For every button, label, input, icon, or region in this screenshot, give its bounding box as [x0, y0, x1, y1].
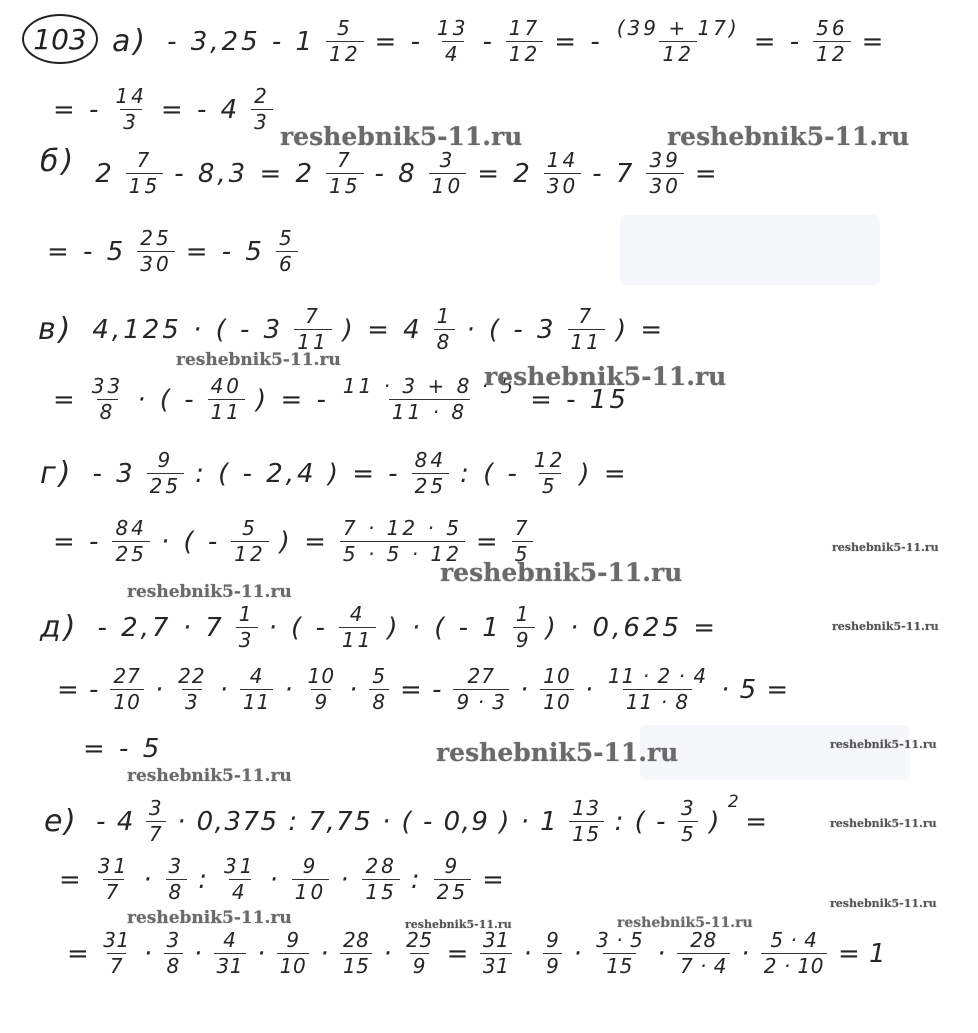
watermark: reshebnik5-11.ru	[667, 122, 909, 151]
exercise-number: 103	[33, 23, 86, 56]
expr-text: = - 5	[186, 237, 265, 267]
fraction: 13	[236, 604, 258, 651]
exercise-number-circled: 103	[22, 14, 98, 64]
expr-text: · ( -	[269, 613, 328, 643]
expr-text: = - 4	[161, 95, 240, 125]
fraction: 1712	[506, 18, 543, 65]
fraction: 5 · 42 · 10	[761, 930, 827, 977]
fraction: 37	[146, 798, 166, 845]
expr-text: ·	[155, 675, 164, 705]
expr-text: =	[476, 527, 501, 557]
expr-text: - 3	[92, 459, 135, 489]
expr-text: = -	[554, 27, 602, 57]
fraction: 8425	[412, 450, 449, 497]
fraction: 711	[568, 306, 605, 353]
expr-text: ·	[523, 939, 532, 969]
fraction: 8425	[112, 518, 149, 565]
expr-text: =	[695, 159, 720, 189]
fraction: 3 · 515	[593, 930, 646, 977]
expr-text: = -	[375, 27, 423, 57]
expr-text: ·	[349, 675, 358, 705]
watermark: reshebnik5-11.ru	[127, 908, 292, 928]
expr-text: - 7	[592, 159, 635, 189]
part-a-line-1: а) - 3,25 - 1 512 = - 134 - 1712 = - (39…	[112, 18, 891, 65]
expr-text: )	[709, 807, 721, 837]
fraction: 512	[326, 18, 363, 65]
watermark: reshebnik5-11.ru	[280, 122, 522, 151]
fraction: 35	[678, 798, 698, 845]
expr-text: = 2	[477, 159, 533, 189]
expr-text: - 8	[375, 159, 418, 189]
expr-text: ·	[383, 939, 392, 969]
expr-text: ) =	[579, 459, 628, 489]
fraction: 38	[166, 856, 188, 903]
fraction: 4011	[208, 376, 245, 423]
scan-smudge	[620, 215, 880, 285]
exponent: 2	[728, 792, 740, 812]
part-d-label: д)	[40, 610, 78, 645]
fraction: 287 · 4	[677, 930, 730, 977]
watermark: reshebnik5-11.ru	[830, 738, 937, 751]
expr-text: ·	[257, 939, 266, 969]
fraction: 711	[294, 306, 331, 353]
fraction: 314	[221, 856, 258, 903]
expr-text: : ( - 2,4 ) = -	[195, 459, 401, 489]
expr-text: ·	[520, 675, 529, 705]
fraction: 317	[95, 856, 132, 903]
fraction: 925	[147, 450, 184, 497]
expr-text: ) = -	[256, 385, 329, 415]
fraction: 2815	[362, 856, 399, 903]
watermark: reshebnik5-11.ru	[176, 350, 341, 370]
expr-text: - 2,7 · 7	[97, 613, 224, 643]
expr-text: =	[447, 939, 469, 969]
watermark: reshebnik5-11.ru	[405, 918, 512, 931]
expr-text: =	[67, 939, 89, 969]
fraction: 1010	[540, 666, 573, 713]
watermark: reshebnik5-11.ru	[832, 620, 939, 633]
part-b-label: б)	[40, 144, 76, 179]
part-e-line-3: = 317 · 38 · 431 · 910 · 2815 · 259 = 31…	[62, 930, 891, 977]
expr-text: ·	[143, 865, 154, 895]
part-d-line-1: д) - 2,7 · 7 13 · ( - 411 ) · ( - 1 19 )…	[40, 604, 723, 651]
fraction: 99	[543, 930, 562, 977]
expr-text: ) =	[280, 527, 329, 557]
part-a-line-2: = - 143 = - 4 23	[48, 86, 279, 133]
expr-text: ·	[741, 939, 750, 969]
expr-text: =	[482, 865, 507, 895]
fraction: 310	[429, 150, 466, 197]
fraction: (39 + 17)12	[614, 18, 743, 65]
fraction: 19	[513, 604, 535, 651]
expr-text: =	[53, 385, 78, 415]
watermark: reshebnik5-11.ru	[830, 817, 937, 830]
watermark: reshebnik5-11.ru	[832, 541, 939, 554]
expr-text: ·	[585, 675, 594, 705]
watermark: reshebnik5-11.ru	[127, 766, 292, 786]
fraction: 431	[214, 930, 246, 977]
fraction: 38	[164, 930, 183, 977]
watermark: reshebnik5-11.ru	[440, 558, 682, 587]
part-e-line-1: е) - 4 37 · 0,375 : 7,75 · ( - 0,9 ) · 1…	[44, 798, 774, 845]
expr-text: = 1	[838, 939, 886, 969]
expr-text: = -	[53, 527, 101, 557]
watermark: reshebnik5-11.ru	[436, 738, 678, 767]
expr-text: ) =	[616, 315, 665, 345]
fraction: 512	[231, 518, 268, 565]
expr-text: ·	[657, 939, 666, 969]
fraction: 2530	[137, 228, 174, 275]
fraction: 1430	[544, 150, 581, 197]
expr-text: ) · ( - 1	[387, 613, 502, 643]
expr-text: =	[862, 27, 887, 57]
expr-text: = -	[754, 27, 802, 57]
scan-smudge	[640, 725, 910, 780]
expr-text: ·	[144, 939, 153, 969]
expr-text: =	[59, 865, 84, 895]
expr-text: = -	[57, 675, 99, 705]
expr-text: :	[411, 865, 423, 895]
part-g-label: г)	[40, 456, 73, 491]
fraction: 2815	[340, 930, 372, 977]
expr-text: ) · 0,625 =	[546, 613, 718, 643]
fraction: 5612	[813, 18, 850, 65]
part-a-label: а)	[112, 24, 148, 59]
fraction: 134	[434, 18, 471, 65]
expr-text: ·	[220, 675, 229, 705]
fraction: 143	[112, 86, 149, 133]
expr-text: ·	[194, 939, 203, 969]
fraction: 715	[326, 150, 363, 197]
expr-text: 2	[95, 159, 115, 189]
part-d-line-2: = - 2710 · 223 · 411 · 109 · 58 = - 279 …	[52, 666, 794, 713]
part-v-label: в)	[38, 312, 73, 347]
fraction: 411	[240, 666, 273, 713]
fraction: 58	[369, 666, 389, 713]
watermark: reshebnik5-11.ru	[127, 582, 292, 602]
fraction: 715	[126, 150, 163, 197]
expr-text: - 8,3 = 2	[174, 159, 315, 189]
expr-text: · ( - 3	[466, 315, 556, 345]
expr-text: ·	[340, 865, 351, 895]
expr-text: · ( -	[137, 385, 196, 415]
expr-text: ·	[320, 939, 329, 969]
fraction: 925	[434, 856, 471, 903]
expr-text: ) = 4	[343, 315, 423, 345]
fraction: 18	[434, 306, 456, 353]
fraction: 125	[531, 450, 568, 497]
part-e-line-2: = 317 · 38 : 314 · 910 · 2815 : 925 =	[54, 856, 512, 903]
watermark: reshebnik5-11.ru	[830, 897, 937, 910]
expr-text: :	[198, 865, 210, 895]
fraction: 23	[251, 86, 273, 133]
fraction: 3930	[646, 150, 683, 197]
fraction: 223	[175, 666, 208, 713]
fraction: 910	[292, 856, 329, 903]
expr-text: = -	[400, 675, 442, 705]
fraction: 279 · 3	[453, 666, 509, 713]
expr-text: ·	[284, 675, 293, 705]
fraction: 56	[276, 228, 298, 275]
expr-text: - 3,25 - 1	[167, 27, 315, 57]
part-d-line-3: = - 5	[78, 734, 167, 764]
fraction: 910	[277, 930, 309, 977]
watermark: reshebnik5-11.ru	[484, 362, 726, 391]
expr-text: : ( -	[615, 807, 667, 837]
fraction: 317	[100, 930, 132, 977]
expr-text: -	[482, 27, 494, 57]
expr-text: ·	[573, 939, 582, 969]
expr-text: - 4	[96, 807, 135, 837]
expr-text: 4,125 · ( - 3	[92, 315, 283, 345]
fraction: 2710	[110, 666, 143, 713]
expr-text: : ( -	[460, 459, 520, 489]
part-v-line-1: в) 4,125 · ( - 3 711 ) = 4 18 · ( - 3 71…	[38, 306, 670, 353]
part-g-line-1: г) - 3 925 : ( - 2,4 ) = - 8425 : ( - 12…	[40, 450, 634, 497]
expr-text: · 5 =	[721, 675, 789, 705]
expr-text: · ( -	[161, 527, 220, 557]
expr-text: = - 5	[47, 237, 126, 267]
expr-text: ·	[269, 865, 280, 895]
fraction: 1315	[569, 798, 603, 845]
expr-text: · 0,375 : 7,75 · ( - 0,9 ) · 1	[177, 807, 558, 837]
expr-text: =	[745, 807, 768, 837]
expr-text: = - 5	[83, 734, 162, 764]
fraction: 3131	[480, 930, 512, 977]
fraction: 411	[339, 604, 376, 651]
expr-text: = -	[53, 95, 101, 125]
part-b-line-1: б) 2 715 - 8,3 = 2 715 - 8 310 = 2 1430 …	[40, 150, 725, 197]
part-e-label: е)	[44, 804, 77, 839]
watermark: reshebnik5-11.ru	[617, 915, 753, 931]
fraction: 11 · 2 · 411 · 8	[605, 666, 710, 713]
fraction: 259	[403, 930, 435, 977]
part-b-line-2: = - 5 2530 = - 5 56	[42, 228, 304, 275]
fraction: 109	[305, 666, 338, 713]
fraction: 338	[89, 376, 126, 423]
